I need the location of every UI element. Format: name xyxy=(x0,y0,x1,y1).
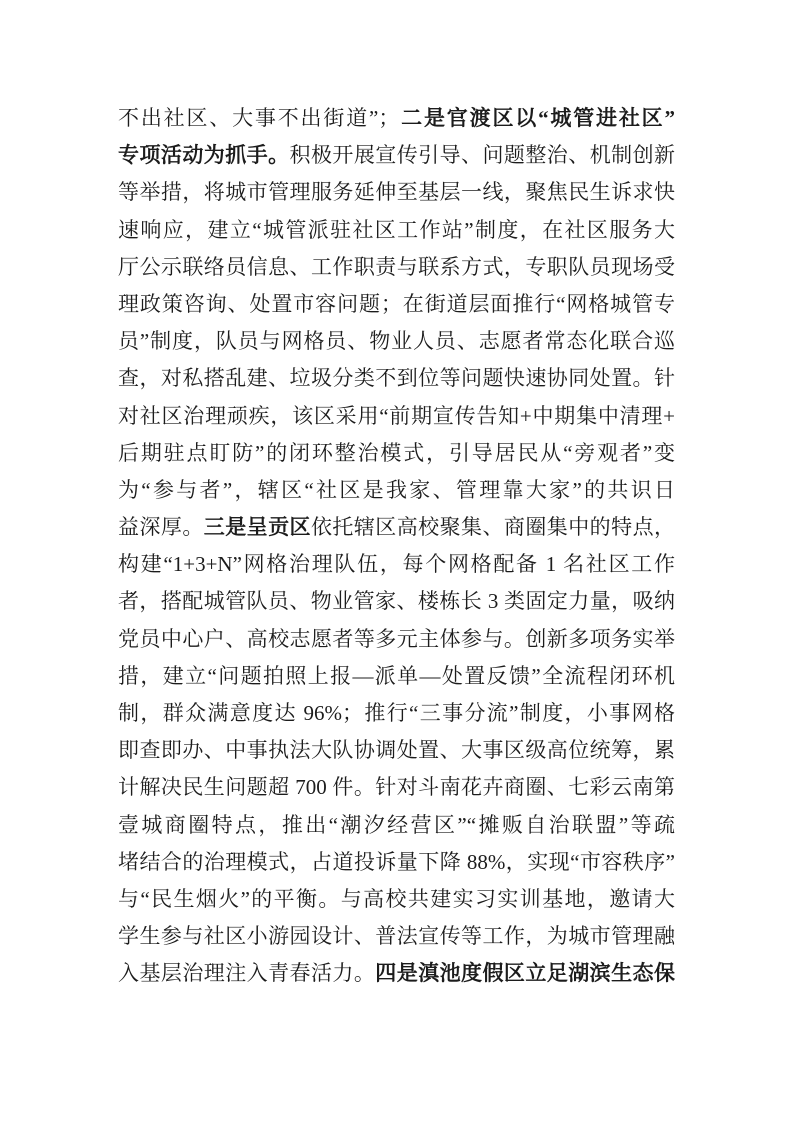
text-run: 益深厚。 xyxy=(118,515,204,539)
text-line: 措，建立“问题拍照上报—派单—处置反馈”全流程闭环机 xyxy=(118,658,675,695)
text-line: 等举措，将城市管理服务延伸至基层一线，聚焦民生诉求快 xyxy=(118,174,675,211)
text-run: 积极开展宣传引导、问题整治、机制创新 xyxy=(290,143,675,167)
text-line: 党员中心户、高校志愿者等多元主体参与。创新多项务实举 xyxy=(118,621,675,658)
text-run: 为“参与者”，辖区“社区是我家、管理靠大家”的共识日 xyxy=(118,478,675,502)
text-run: 构建“1+3+N”网格治理队伍，每个网格配备 1 名社区工作 xyxy=(118,552,675,576)
text-line: 入基层治理注入青春活力。四是滇池度假区立足湖滨生态保 xyxy=(118,955,675,992)
text-run: 员”制度，队员与网格员、物业人员、志愿者常态化联合巡 xyxy=(118,329,675,353)
text-run: 厅公示联络员信息、工作职责与联系方式，专职队员现场受 xyxy=(118,255,675,279)
text-line: 学生参与社区小游园设计、普法宣传等工作，为城市管理融 xyxy=(118,918,675,955)
text-line: 堵结合的治理模式，占道投诉量下降 88%，实现“市容秩序” xyxy=(118,844,675,881)
text-line: 计解决民生问题超 700 件。针对斗南花卉商圈、七彩云南第 xyxy=(118,769,675,806)
text-line: 为“参与者”，辖区“社区是我家、管理靠大家”的共识日 xyxy=(118,472,675,509)
text-line: 构建“1+3+N”网格治理队伍，每个网格配备 1 名社区工作 xyxy=(118,546,675,583)
bold-text-run: 三是呈贡区 xyxy=(204,515,311,539)
bold-text-run: 专项活动为抓手。 xyxy=(118,143,290,167)
text-line: 对社区治理顽疾，该区采用“前期宣传告知+中期集中清理+ xyxy=(118,398,675,435)
text-line: 专项活动为抓手。积极开展宣传引导、问题整治、机制创新 xyxy=(118,137,675,174)
text-line: 不出社区、大事不出街道”；二是官渡区以“城管进社区” xyxy=(118,100,675,137)
text-line: 员”制度，队员与网格员、物业人员、志愿者常态化联合巡 xyxy=(118,323,675,360)
text-line: 益深厚。三是呈贡区依托辖区高校聚集、商圈集中的特点， xyxy=(118,509,675,546)
text-line: 与“民生烟火”的平衡。与高校共建实习实训基地，邀请大 xyxy=(118,881,675,918)
text-run: 查，对私搭乱建、垃圾分类不到位等问题快速协同处置。针 xyxy=(118,366,675,390)
document-page: 不出社区、大事不出街道”；二是官渡区以“城管进社区”专项活动为抓手。积极开展宣传… xyxy=(0,0,793,1122)
text-run: 后期驻点盯防”的闭环整治模式，引导居民从“旁观者”变 xyxy=(118,441,675,465)
text-run: 等举措，将城市管理服务延伸至基层一线，聚焦民生诉求快 xyxy=(118,180,675,204)
text-line: 查，对私搭乱建、垃圾分类不到位等问题快速协同处置。针 xyxy=(118,360,675,397)
text-run: 措，建立“问题拍照上报—派单—处置反馈”全流程闭环机 xyxy=(118,664,675,688)
bold-text-run: 二是官渡区以“城管进社区” xyxy=(399,106,675,130)
text-run: 与“民生烟火”的平衡。与高校共建实习实训基地，邀请大 xyxy=(118,887,675,911)
text-run: 者，搭配城管队员、物业管家、楼栋长 3 类固定力量，吸纳 xyxy=(118,589,675,613)
text-run: 制，群众满意度达 96%；推行“三事分流”制度，小事网格 xyxy=(118,701,675,725)
text-line: 理政策咨询、处置市容问题；在街道层面推行“网格城管专 xyxy=(118,286,675,323)
text-line: 者，搭配城管队员、物业管家、楼栋长 3 类固定力量，吸纳 xyxy=(118,583,675,620)
text-run: 党员中心户、高校志愿者等多元主体参与。创新多项务实举 xyxy=(118,627,675,651)
text-run: 理政策咨询、处置市容问题；在街道层面推行“网格城管专 xyxy=(118,292,675,316)
text-run: 壹城商圈特点，推出“潮汐经营区”“摊贩自治联盟”等疏 xyxy=(118,813,675,837)
text-line: 壹城商圈特点，推出“潮汐经营区”“摊贩自治联盟”等疏 xyxy=(118,807,675,844)
text-run: 不出社区、大事不出街道”； xyxy=(118,106,399,130)
text-line: 后期驻点盯防”的闭环整治模式，引导居民从“旁观者”变 xyxy=(118,435,675,472)
text-run: 堵结合的治理模式，占道投诉量下降 88%，实现“市容秩序” xyxy=(118,850,675,874)
text-line: 厅公示联络员信息、工作职责与联系方式，专职队员现场受 xyxy=(118,249,675,286)
text-run: 速响应，建立“城管派驻社区工作站”制度，在社区服务大 xyxy=(118,218,675,242)
text-line: 速响应，建立“城管派驻社区工作站”制度，在社区服务大 xyxy=(118,212,675,249)
document-text: 不出社区、大事不出街道”；二是官渡区以“城管进社区”专项活动为抓手。积极开展宣传… xyxy=(118,100,675,993)
text-run: 即查即办、中事执法大队协调处置、大事区级高位统筹，累 xyxy=(118,738,675,762)
bold-text-run: 四是滇池度假区立足湖滨生态保 xyxy=(375,961,675,985)
text-line: 即查即办、中事执法大队协调处置、大事区级高位统筹，累 xyxy=(118,732,675,769)
text-run: 计解决民生问题超 700 件。针对斗南花卉商圈、七彩云南第 xyxy=(118,775,675,799)
text-run: 对社区治理顽疾，该区采用“前期宣传告知+中期集中清理+ xyxy=(118,404,675,428)
text-run: 依托辖区高校聚集、商圈集中的特点， xyxy=(311,515,675,539)
text-run: 学生参与社区小游园设计、普法宣传等工作，为城市管理融 xyxy=(118,924,675,948)
text-line: 制，群众满意度达 96%；推行“三事分流”制度，小事网格 xyxy=(118,695,675,732)
text-run: 入基层治理注入青春活力。 xyxy=(118,961,375,985)
